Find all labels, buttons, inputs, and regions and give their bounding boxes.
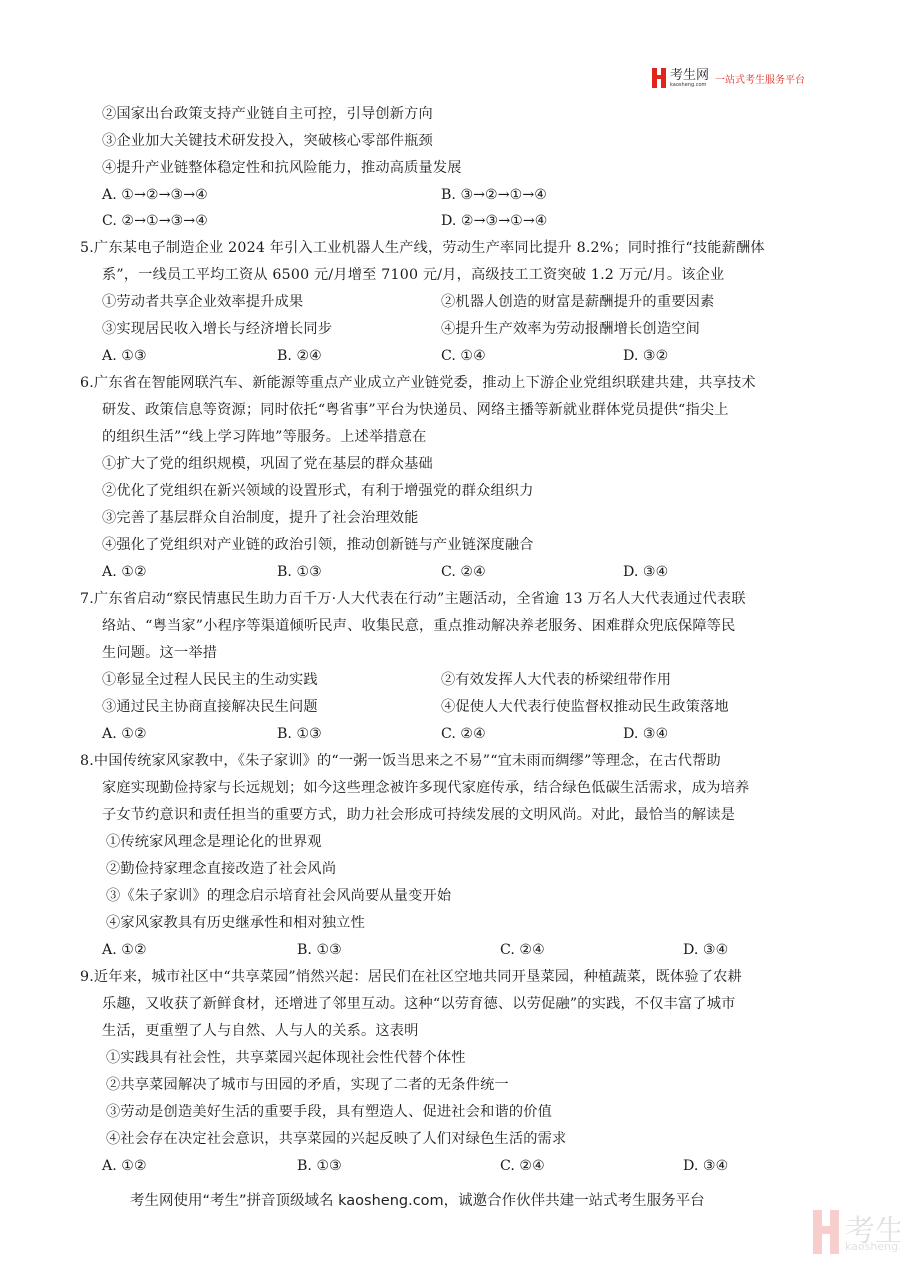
q8-option-b[interactable]: B. ①③ (297, 940, 342, 960)
kaosheng-logo-icon (652, 68, 666, 88)
q9-option-d[interactable]: D. ③④ (683, 1156, 728, 1176)
q8-stem-line-2: 家庭实现勤俭持家与长远规划；如今这些理念被许多现代家庭传承，结合绿色低碳生活需求… (102, 778, 749, 798)
q6-item-2: ②优化了党组织在新兴领域的设置形式，有利于增强党的群众组织力 (102, 481, 534, 501)
q4-item-4: ④提升产业链整体稳定性和抗风险能力，推动高质量发展 (102, 158, 462, 178)
q8-stem-line-3: 子女节约意识和责任担当的重要方式，助力社会形成可持续发展的文明风尚。对此，最恰当… (102, 805, 735, 825)
q7-option-a[interactable]: A. ①② (102, 724, 147, 744)
q6-stem-line-2: 研发、政策信息等资源；同时依托“粤省事”平台为快递员、网络主播等新就业群体党员提… (102, 400, 729, 420)
q5-stem-line-2: 系”，一线员工平均工资从 6500 元/月增至 7100 元/月，高级技工工资突… (102, 265, 724, 285)
q6-stem-line-1: 6.广东省在智能网联汽车、新能源等重点产业成立产业链党委，推动上下游企业党组织联… (80, 373, 756, 393)
watermark-domain: kaosheng.com (845, 1240, 900, 1253)
q7-stem-line-2: 络站、“粤当家”小程序等渠道倾听民声、收集民意，重点推动解决养老服务、困难群众兜… (102, 616, 736, 636)
q4-item-3: ③企业加大关键技术研发投入，突破核心零部件瓶颈 (102, 131, 433, 151)
q4-option-b[interactable]: B. ③→②→①→④ (441, 185, 547, 205)
q9-stem-line-3: 生活，更重塑了人与自然、人与人的关系。这表明 (102, 1021, 419, 1041)
q9-option-b[interactable]: B. ①③ (297, 1156, 342, 1176)
q5-option-a[interactable]: A. ①③ (102, 346, 147, 366)
q9-item-1: ①实践具有社会性，共享菜园兴起体现社会性代替个体性 (106, 1048, 466, 1068)
q6-option-a[interactable]: A. ①② (102, 562, 147, 582)
kaosheng-watermark-icon (813, 1210, 839, 1254)
q7-stem-line-1: 7.广东省启动“察民情惠民生助力百千万·人大代表在行动”主题活动，全省逾 13 … (80, 589, 746, 609)
q9-option-c[interactable]: C. ②④ (500, 1156, 545, 1176)
logo-domain: kaosheng.com (670, 83, 709, 88)
q6-option-d[interactable]: D. ③④ (623, 562, 668, 582)
q5-option-c[interactable]: C. ①④ (441, 346, 486, 366)
q7-option-d[interactable]: D. ③④ (623, 724, 668, 744)
q5-option-d[interactable]: D. ③② (623, 346, 668, 366)
q7-option-b[interactable]: B. ①③ (277, 724, 322, 744)
q8-item-4: ④家风家教具有历史继承性和相对独立性 (106, 913, 365, 933)
q7-item-1: ①彰显全过程人民民主的生动实践 (102, 670, 318, 690)
q6-item-1: ①扩大了党的组织规模，巩固了党在基层的群众基础 (102, 454, 433, 474)
header-slogan: 一站式考生服务平台 (715, 71, 805, 86)
q9-item-3: ③劳动是创造美好生活的重要手段，具有塑造人、促进社会和谐的价值 (106, 1102, 552, 1122)
q5-stem-line-1: 5.广东某电子制造企业 2024 年引入工业机器人生产线，劳动生产率同比提升 8… (80, 238, 765, 258)
q4-option-d[interactable]: D. ②→③→①→④ (441, 211, 547, 231)
q8-item-3: ③《朱子家训》的理念启示培育社会风尚要从量变开始 (106, 886, 451, 906)
q6-item-3: ③完善了基层群众自治制度，提升了社会治理效能 (102, 508, 419, 528)
q9-stem-line-1: 9.近年来，城市社区中“共享菜园”悄然兴起：居民们在社区空地共同开垦菜园，种植蔬… (80, 967, 742, 987)
q5-item-2: ②机器人创造的财富是薪酬提升的重要因素 (441, 292, 714, 312)
q9-stem-line-2: 乐趣，又收获了新鲜食材，还增进了邻里互动。这种“以劳育德、以劳促融”的实践，不仅… (102, 994, 736, 1014)
q5-item-1: ①劳动者共享企业效率提升成果 (102, 292, 303, 312)
q5-option-b[interactable]: B. ②④ (277, 346, 322, 366)
q8-option-d[interactable]: D. ③④ (683, 940, 728, 960)
q8-option-a[interactable]: A. ①② (102, 940, 147, 960)
q6-option-b[interactable]: B. ①③ (277, 562, 322, 582)
footer-promo-text: 考生网使用“考生”拼音顶级域名 kaosheng.com，诚邀合作伙伴共建一站式… (130, 1189, 705, 1210)
q9-item-2: ②共享菜园解决了城市与田园的矛盾，实现了二者的无条件统一 (106, 1075, 509, 1095)
q6-item-4: ④强化了党组织对产业链的政治引领，推动创新链与产业链深度融合 (102, 535, 534, 555)
q8-item-2: ②勤俭持家理念直接改造了社会风尚 (106, 859, 336, 879)
q4-option-a[interactable]: A. ①→②→③→④ (102, 185, 208, 205)
q6-stem-line-3: 的组织生活”“线上学习阵地”等服务。上述举措意在 (102, 427, 427, 447)
header-logo: 考生网 kaosheng.com 一站式考生服务平台 (652, 68, 805, 88)
logo-title: 考生网 (670, 69, 709, 82)
q4-option-c[interactable]: C. ②→①→③→④ (102, 211, 208, 231)
q9-option-a[interactable]: A. ①② (102, 1156, 147, 1176)
q4-item-2: ②国家出台政策支持产业链自主可控，引导创新方向 (102, 104, 433, 124)
q5-item-4: ④提升生产效率为劳动报酬增长创造空间 (441, 319, 700, 339)
q7-item-4: ④促使人大代表行使监督权推动民生政策落地 (441, 697, 729, 717)
q6-option-c[interactable]: C. ②④ (441, 562, 486, 582)
q7-option-c[interactable]: C. ②④ (441, 724, 486, 744)
q7-item-3: ③通过民主协商直接解决民生问题 (102, 697, 318, 717)
q8-stem-line-1: 8.中国传统家风家教中，《朱子家训》的“一粥一饭当思来之不易”“宜未雨而绸缪”等… (80, 751, 721, 771)
q8-option-c[interactable]: C. ②④ (500, 940, 545, 960)
q8-item-1: ①传统家风理念是理论化的世界观 (106, 832, 322, 852)
q5-item-3: ③实现居民收入增长与经济增长同步 (102, 319, 332, 339)
q7-item-2: ②有效发挥人大代表的桥梁纽带作用 (441, 670, 671, 690)
q9-item-4: ④社会存在决定社会意识，共享菜园的兴起反映了人们对绿色生活的需求 (106, 1129, 566, 1149)
q7-stem-line-3: 生问题。这一举措 (102, 643, 217, 663)
